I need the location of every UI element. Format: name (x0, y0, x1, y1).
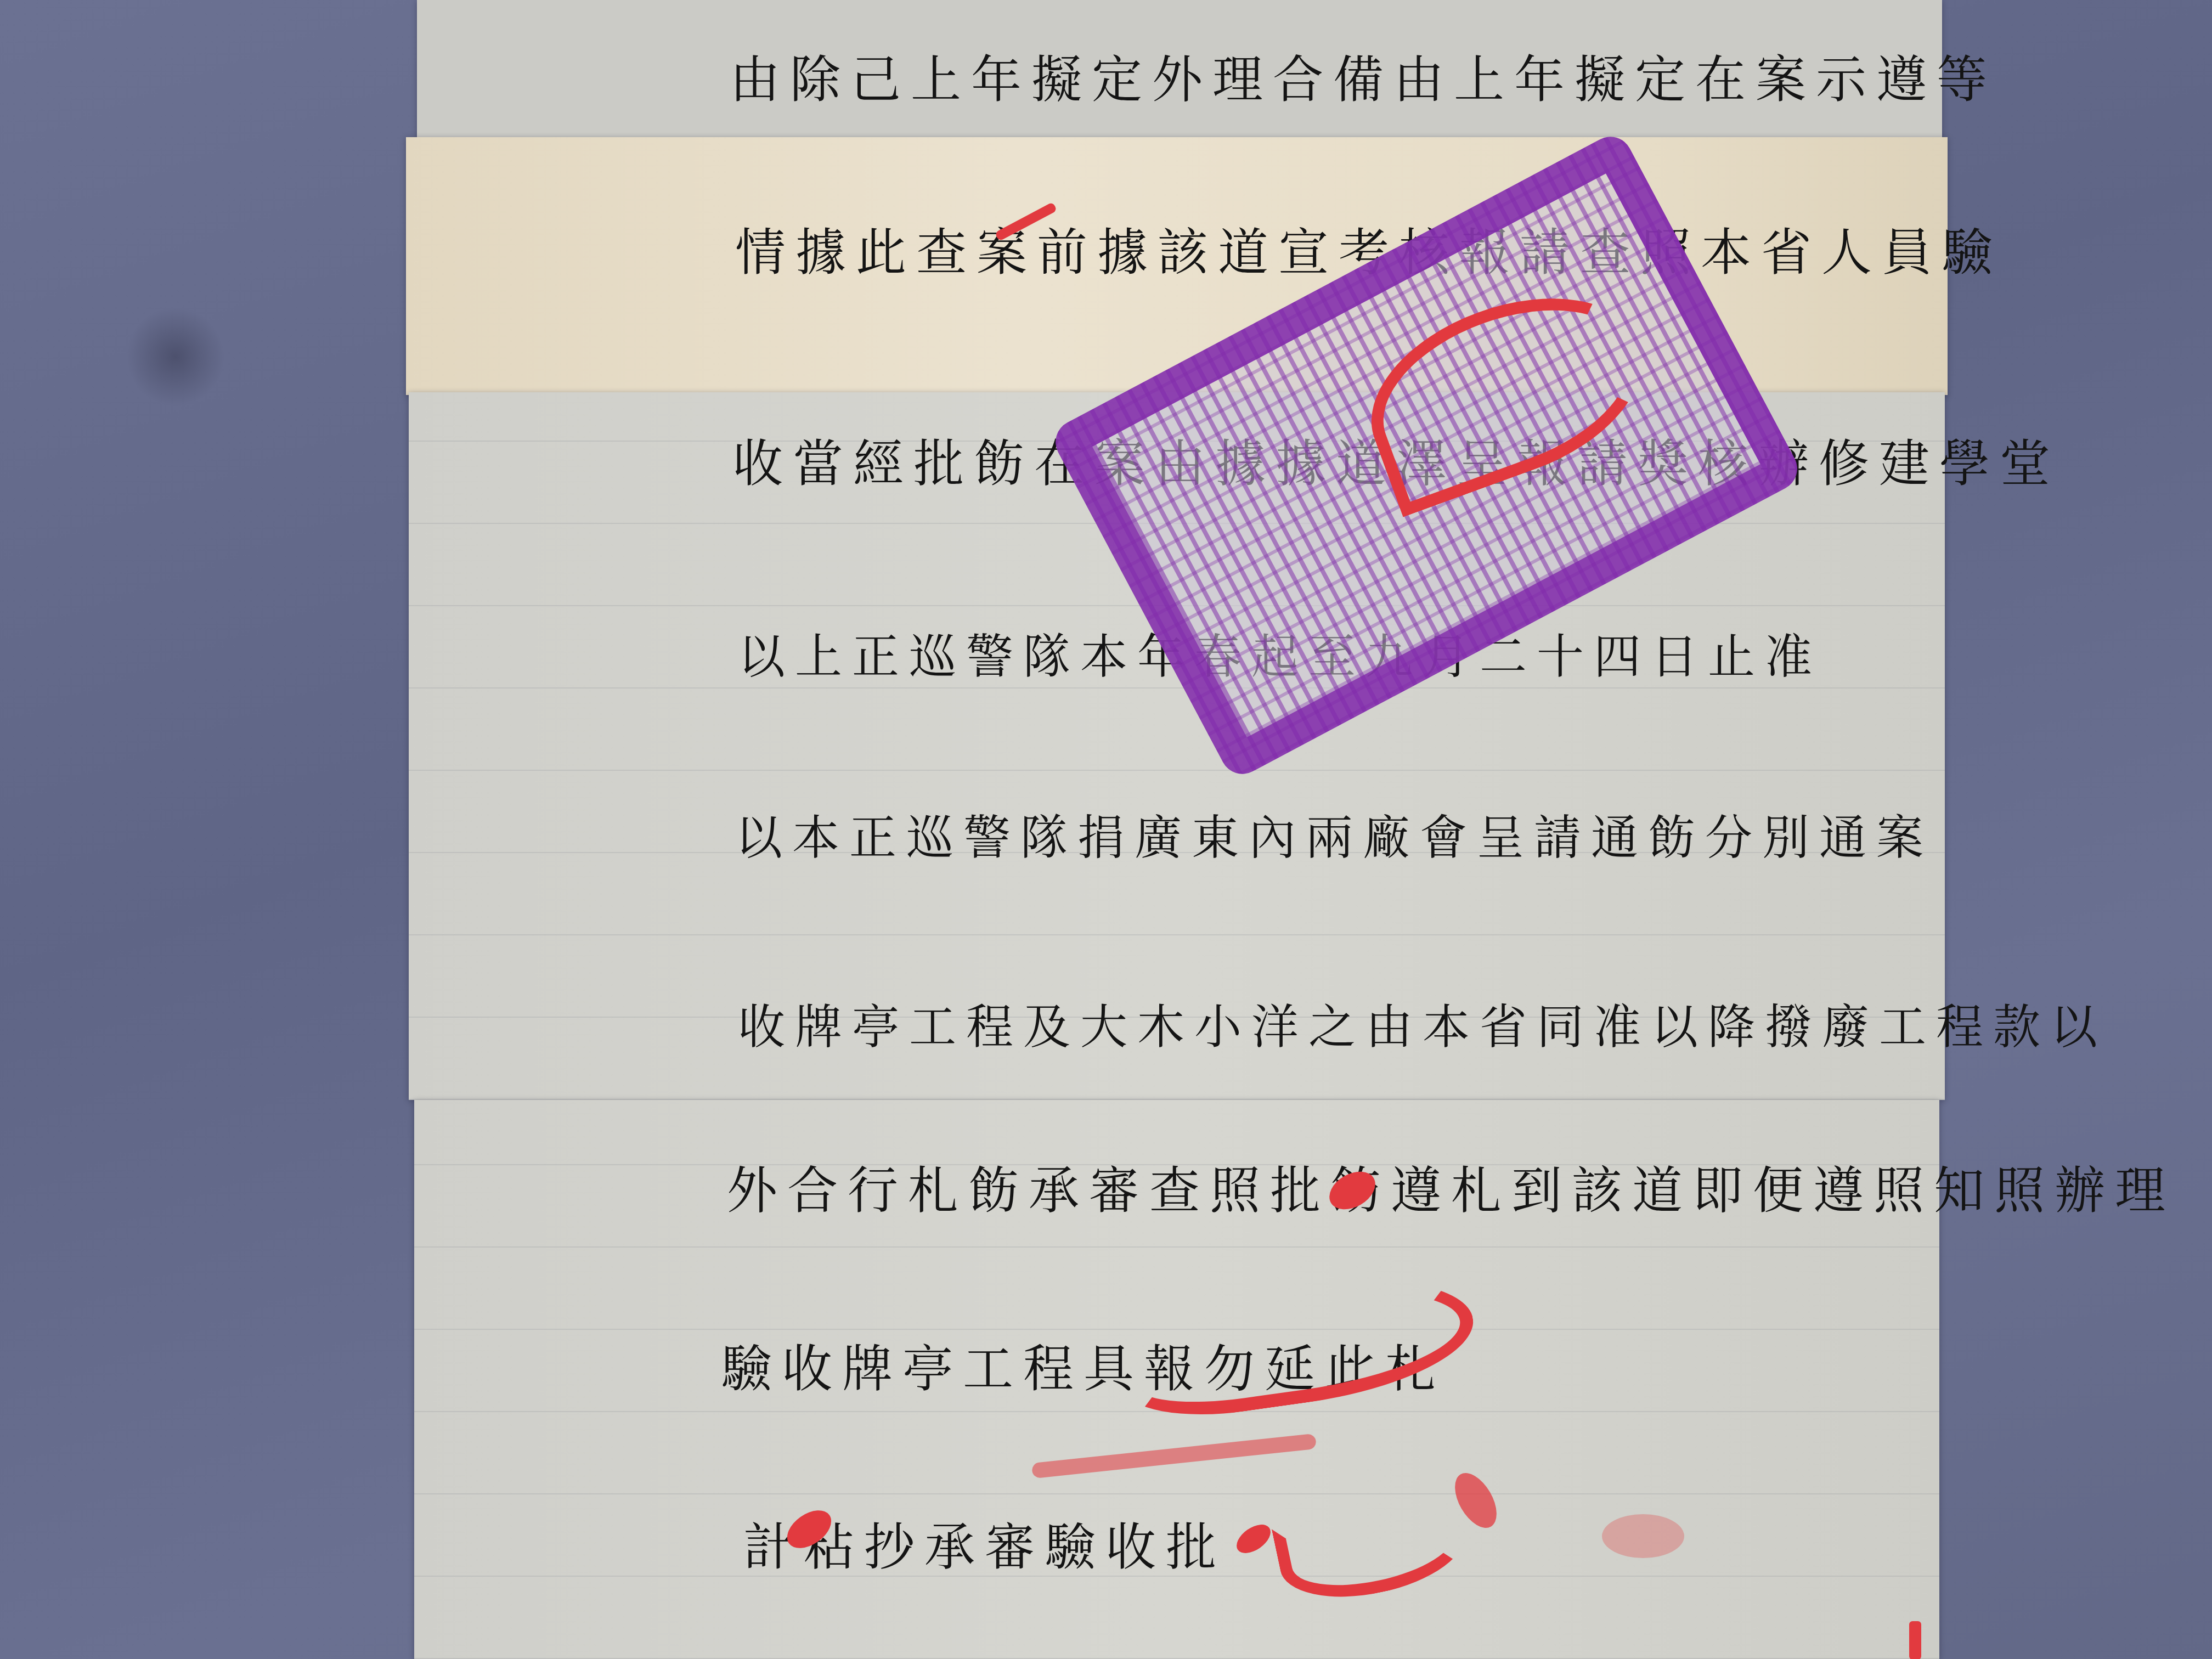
text-column: 收牌亭工程及大木小洋之由本省同准以降撥廢工程款以 (738, 1004, 2107, 1051)
text-column: 由除己上年擬定外理合備由上年擬定在案示遵等 (730, 55, 1997, 105)
text-column: 外合行札飭承審查照批飭遵札到該道即便遵照知照辦理 (727, 1166, 2175, 1216)
paper-sheet-top: 由除己上年擬定外理合備由上年擬定在案示遵等 (417, 0, 1942, 140)
red-dot-mark (1909, 1621, 1921, 1659)
faded-red-mark (1602, 1514, 1684, 1558)
text-column: 以本正巡警隊捐廣東內兩廠會呈請通飭分別通案 (735, 815, 1933, 862)
background-stain (126, 307, 225, 406)
